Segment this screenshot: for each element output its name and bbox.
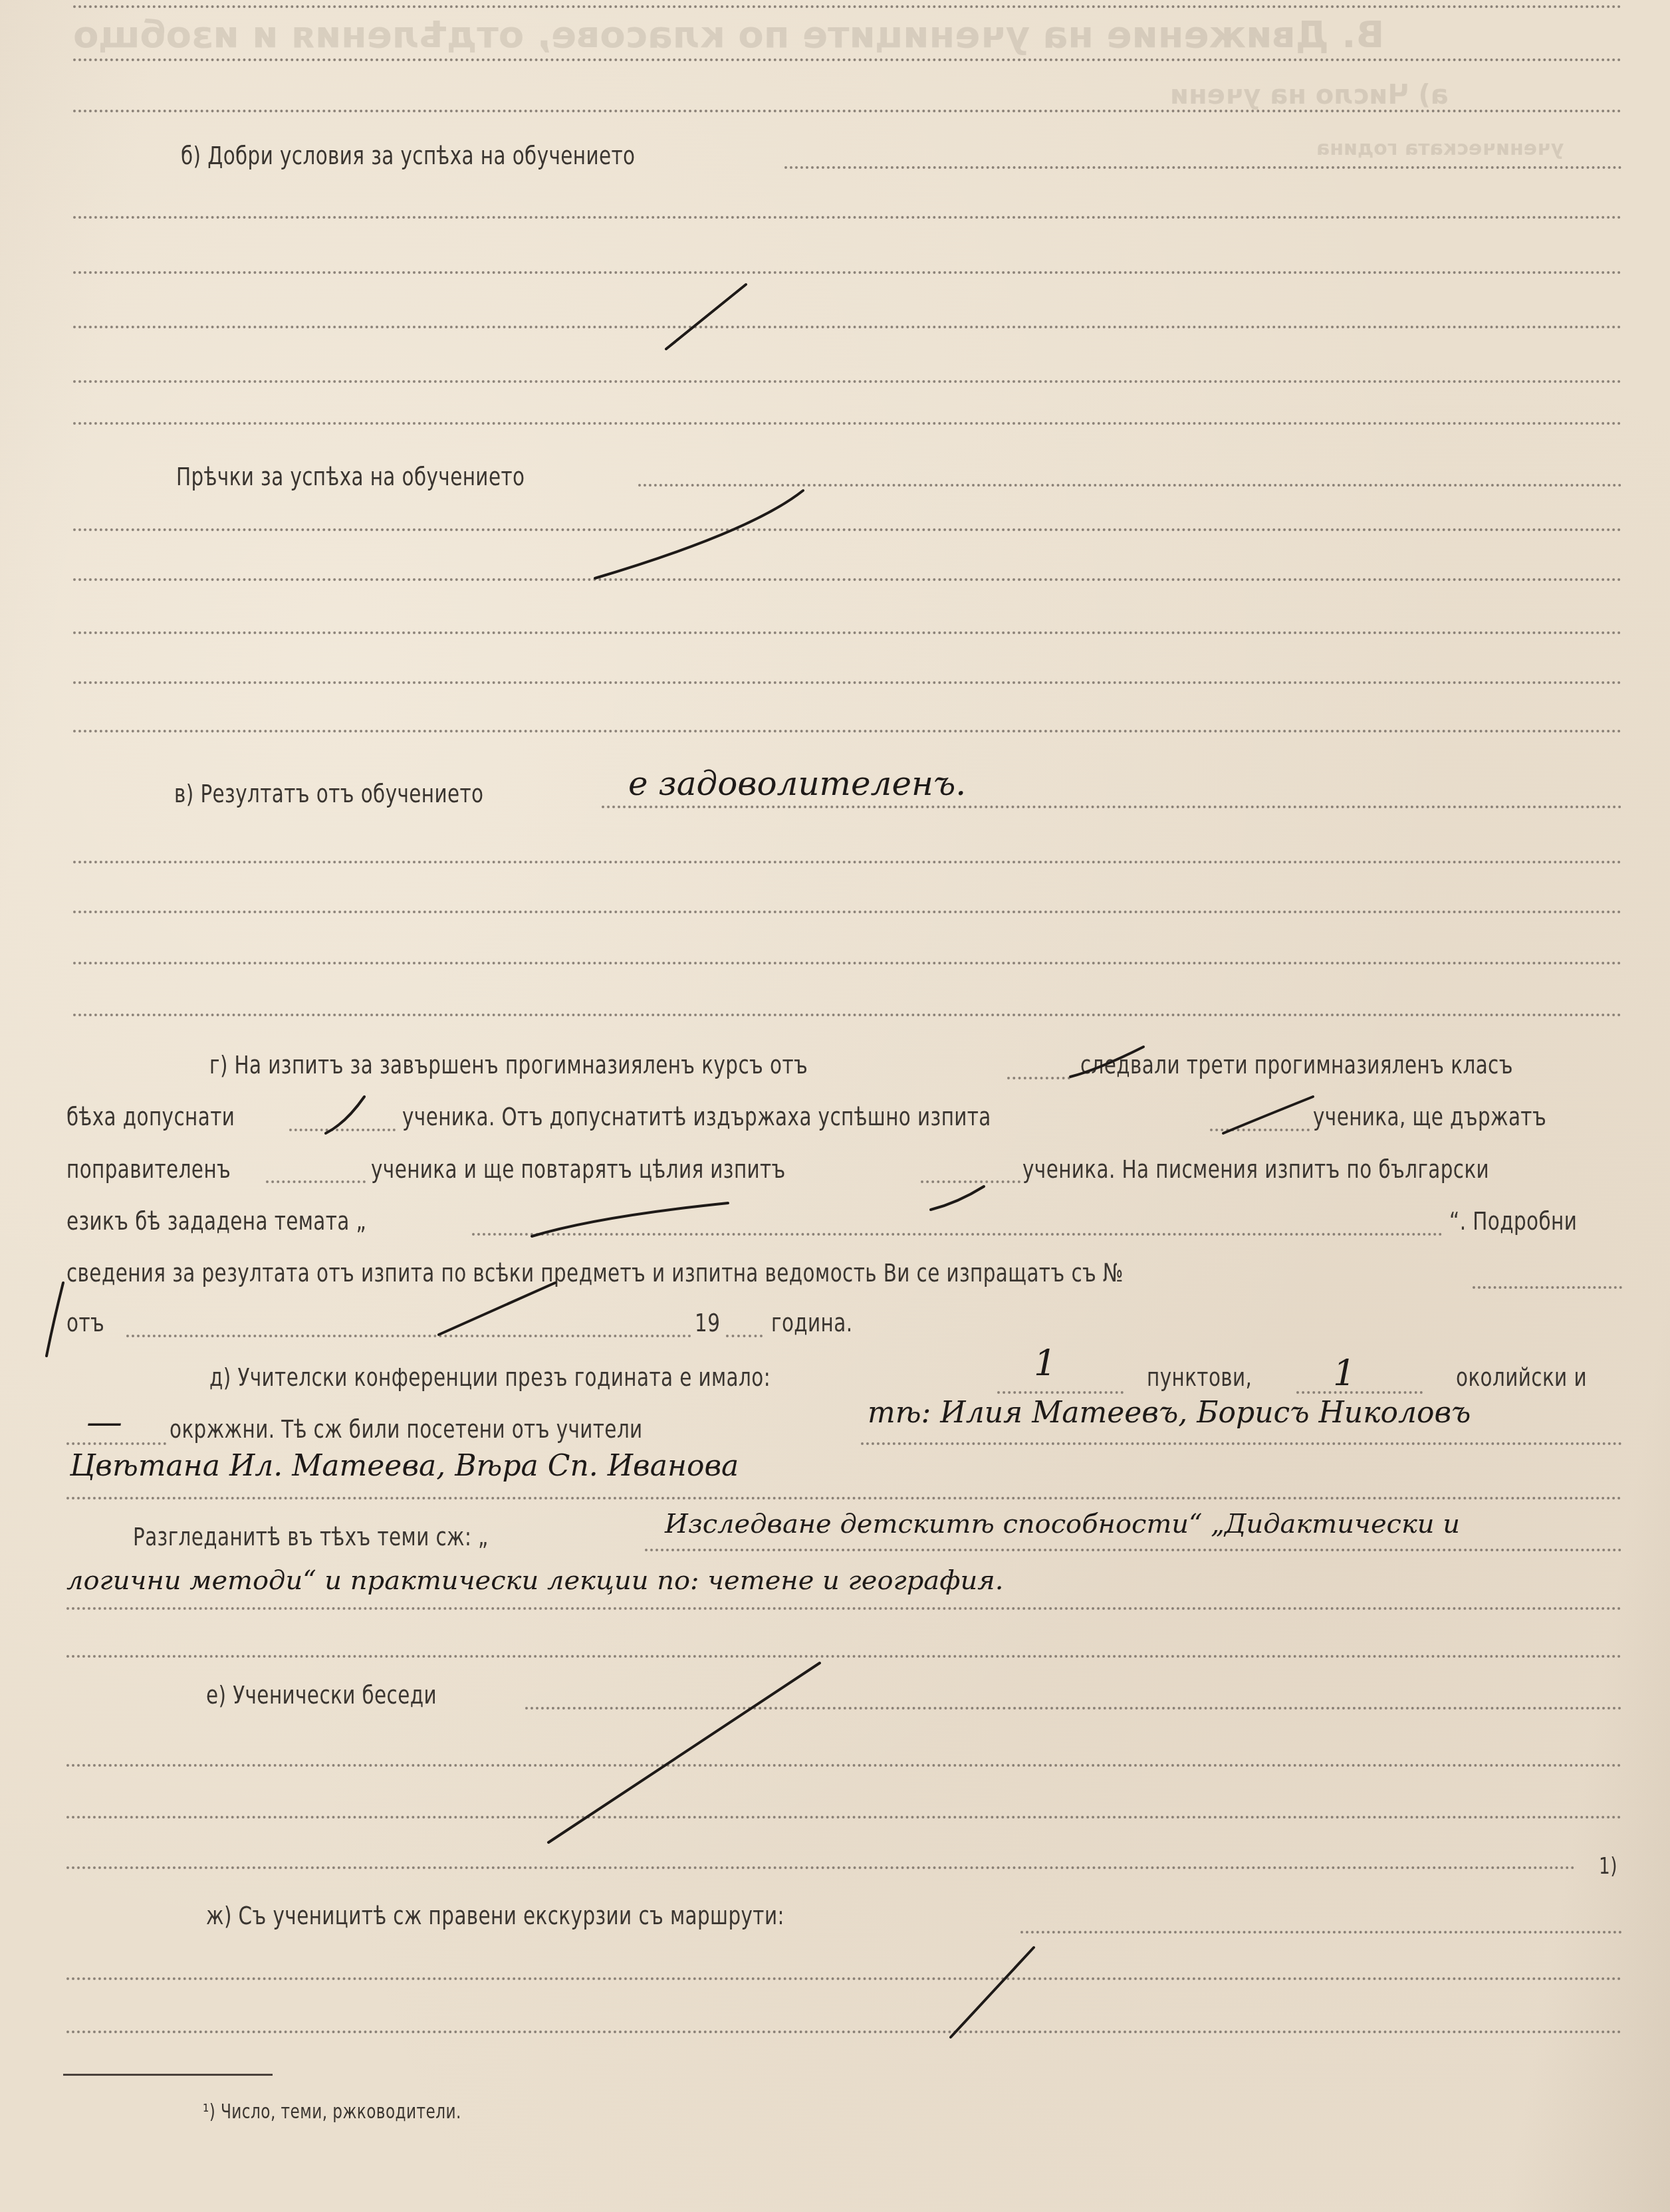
bleed-through-sub2: ученическата година	[1316, 137, 1564, 160]
section-g-reexam-field[interactable]	[266, 1180, 366, 1183]
section-g-line6-end: година.	[771, 1308, 852, 1337]
dotted-line	[66, 1655, 1622, 1658]
footnote-reference: 1)	[1599, 1853, 1617, 1880]
topics-handwritten-line1: Изследване детскитѣ способности“ „Дидакт…	[665, 1509, 1460, 1539]
teachers-field-line2[interactable]	[66, 1497, 1622, 1499]
section-b-label: б) Добри условия за успѣха на обучението	[181, 141, 635, 170]
dotted-line	[73, 911, 1622, 913]
punktovi-count-value: 1	[1034, 1343, 1056, 1384]
dotted-line	[73, 681, 1622, 684]
section-d-line2: окржжни. Тѣ сж били посетени отъ учители	[170, 1414, 643, 1444]
dotted-line	[73, 216, 1622, 219]
section-b-answer-line[interactable]	[784, 166, 1622, 169]
topics-field-line2[interactable]	[66, 1607, 1622, 1610]
dotted-line	[73, 422, 1622, 425]
teachers-handwritten-line1: тѣ: Илия Матеевъ, Борисъ Николовъ	[868, 1396, 1471, 1430]
section-g-line5: сведения за резултата отъ изпита по всѣк…	[66, 1258, 1124, 1287]
obstacles-label: Прѣчки за успѣха на обучението	[176, 462, 525, 491]
section-g-line2-end: ученика, ще държатъ	[1313, 1102, 1546, 1131]
okrazhni-count-value: —	[86, 1401, 122, 1443]
obstacles-answer-line[interactable]	[638, 484, 1622, 487]
topics-label: Разгледанитѣ въ тѣхъ теми сж: „	[133, 1522, 489, 1551]
section-g-repeat-field[interactable]	[921, 1180, 1020, 1183]
punktovi-count-field[interactable]	[997, 1391, 1124, 1394]
section-v-handwritten-answer: е задоволителенъ.	[628, 764, 966, 803]
dotted-line	[73, 1014, 1622, 1016]
dotted-line	[66, 2031, 1622, 2033]
dotted-line	[73, 631, 1622, 634]
teachers-handwritten-line2: Цвѣтана Ил. Матеева, Вѣра Сп. Иванова	[70, 1449, 739, 1483]
punktovi-label: пунктови,	[1147, 1363, 1252, 1392]
footnote-text: ¹) Число, теми, ржководители.	[203, 2100, 461, 2124]
section-d-line1: д) Учителски конференции презъ годината …	[209, 1363, 771, 1392]
section-g-year-prefix: 19	[695, 1308, 720, 1337]
dotted-line	[73, 110, 1622, 112]
section-g-line6-start: отъ	[66, 1308, 104, 1337]
dotted-line	[73, 58, 1622, 61]
dotted-line	[66, 1977, 1622, 1980]
section-g-passed-field[interactable]	[1210, 1129, 1310, 1131]
section-e-label: е) Ученически беседи	[206, 1680, 437, 1710]
section-g-line1: г) На изпитъ за завършенъ прогимназиялен…	[209, 1050, 808, 1079]
dotted-line	[73, 528, 1622, 531]
section-g-line3-start: поправителенъ	[66, 1155, 231, 1184]
okoliyski-label: околийски и	[1456, 1363, 1587, 1392]
topics-handwritten-line2: логични методи“ и практически лекции по:…	[66, 1565, 1003, 1596]
dotted-line	[66, 1816, 1622, 1819]
section-zh-answer-line[interactable]	[1020, 1931, 1622, 1934]
section-g-line2-start: бѣха допуснати	[66, 1102, 235, 1131]
section-g-line4-start: езикъ бѣ зададена темата „	[66, 1206, 366, 1236]
dotted-line	[66, 1764, 1622, 1767]
section-g-theme-field[interactable]	[472, 1233, 1443, 1236]
bleed-through-subheader: а) Число на учени	[1170, 80, 1449, 110]
dotted-line	[73, 578, 1622, 581]
dotted-line	[73, 271, 1622, 274]
section-g-admitted-field[interactable]	[289, 1129, 396, 1131]
teachers-field[interactable]	[861, 1442, 1622, 1445]
bleed-through-header: В. Движение на учениците по класове, отд…	[73, 13, 1384, 56]
footnote-rule	[63, 2074, 273, 2076]
dotted-line	[73, 730, 1622, 732]
section-v-label: в) Резултатъ отъ обучението	[174, 779, 484, 808]
section-g-line3-end: ученика. На писмения изпитъ по български	[1022, 1155, 1489, 1184]
section-g-line3-mid: ученика и ще повтарятъ цѣлия изпитъ	[371, 1155, 786, 1184]
dotted-line	[73, 962, 1622, 964]
section-v-answer-line[interactable]	[602, 806, 1622, 808]
dotted-line	[73, 861, 1622, 863]
section-e-answer-line[interactable]	[525, 1707, 1622, 1710]
section-zh-label: ж) Съ ученицитѣ сж правени екскурзии съ …	[206, 1901, 784, 1930]
section-g-course-field[interactable]	[1007, 1077, 1070, 1079]
section-g-line2-mid: ученика. Отъ допуснатитѣ издържаха успѣш…	[402, 1102, 991, 1131]
section-g-number-field[interactable]	[1473, 1286, 1622, 1289]
dotted-line	[73, 380, 1622, 383]
section-g-date-field[interactable]	[126, 1335, 691, 1337]
section-g-line1-end: следвали трети прогимназияленъ класъ	[1080, 1050, 1513, 1079]
section-g-year-field[interactable]	[726, 1335, 763, 1337]
dotted-line	[73, 5, 1622, 8]
dotted-line	[66, 1866, 1576, 1869]
okoliyski-count-value: 1	[1333, 1353, 1356, 1394]
section-g-line4-end: “. Подробни	[1449, 1206, 1577, 1236]
topics-field-line1[interactable]	[645, 1549, 1622, 1551]
dotted-line	[73, 326, 1622, 328]
okoliyski-count-field[interactable]	[1296, 1391, 1423, 1394]
